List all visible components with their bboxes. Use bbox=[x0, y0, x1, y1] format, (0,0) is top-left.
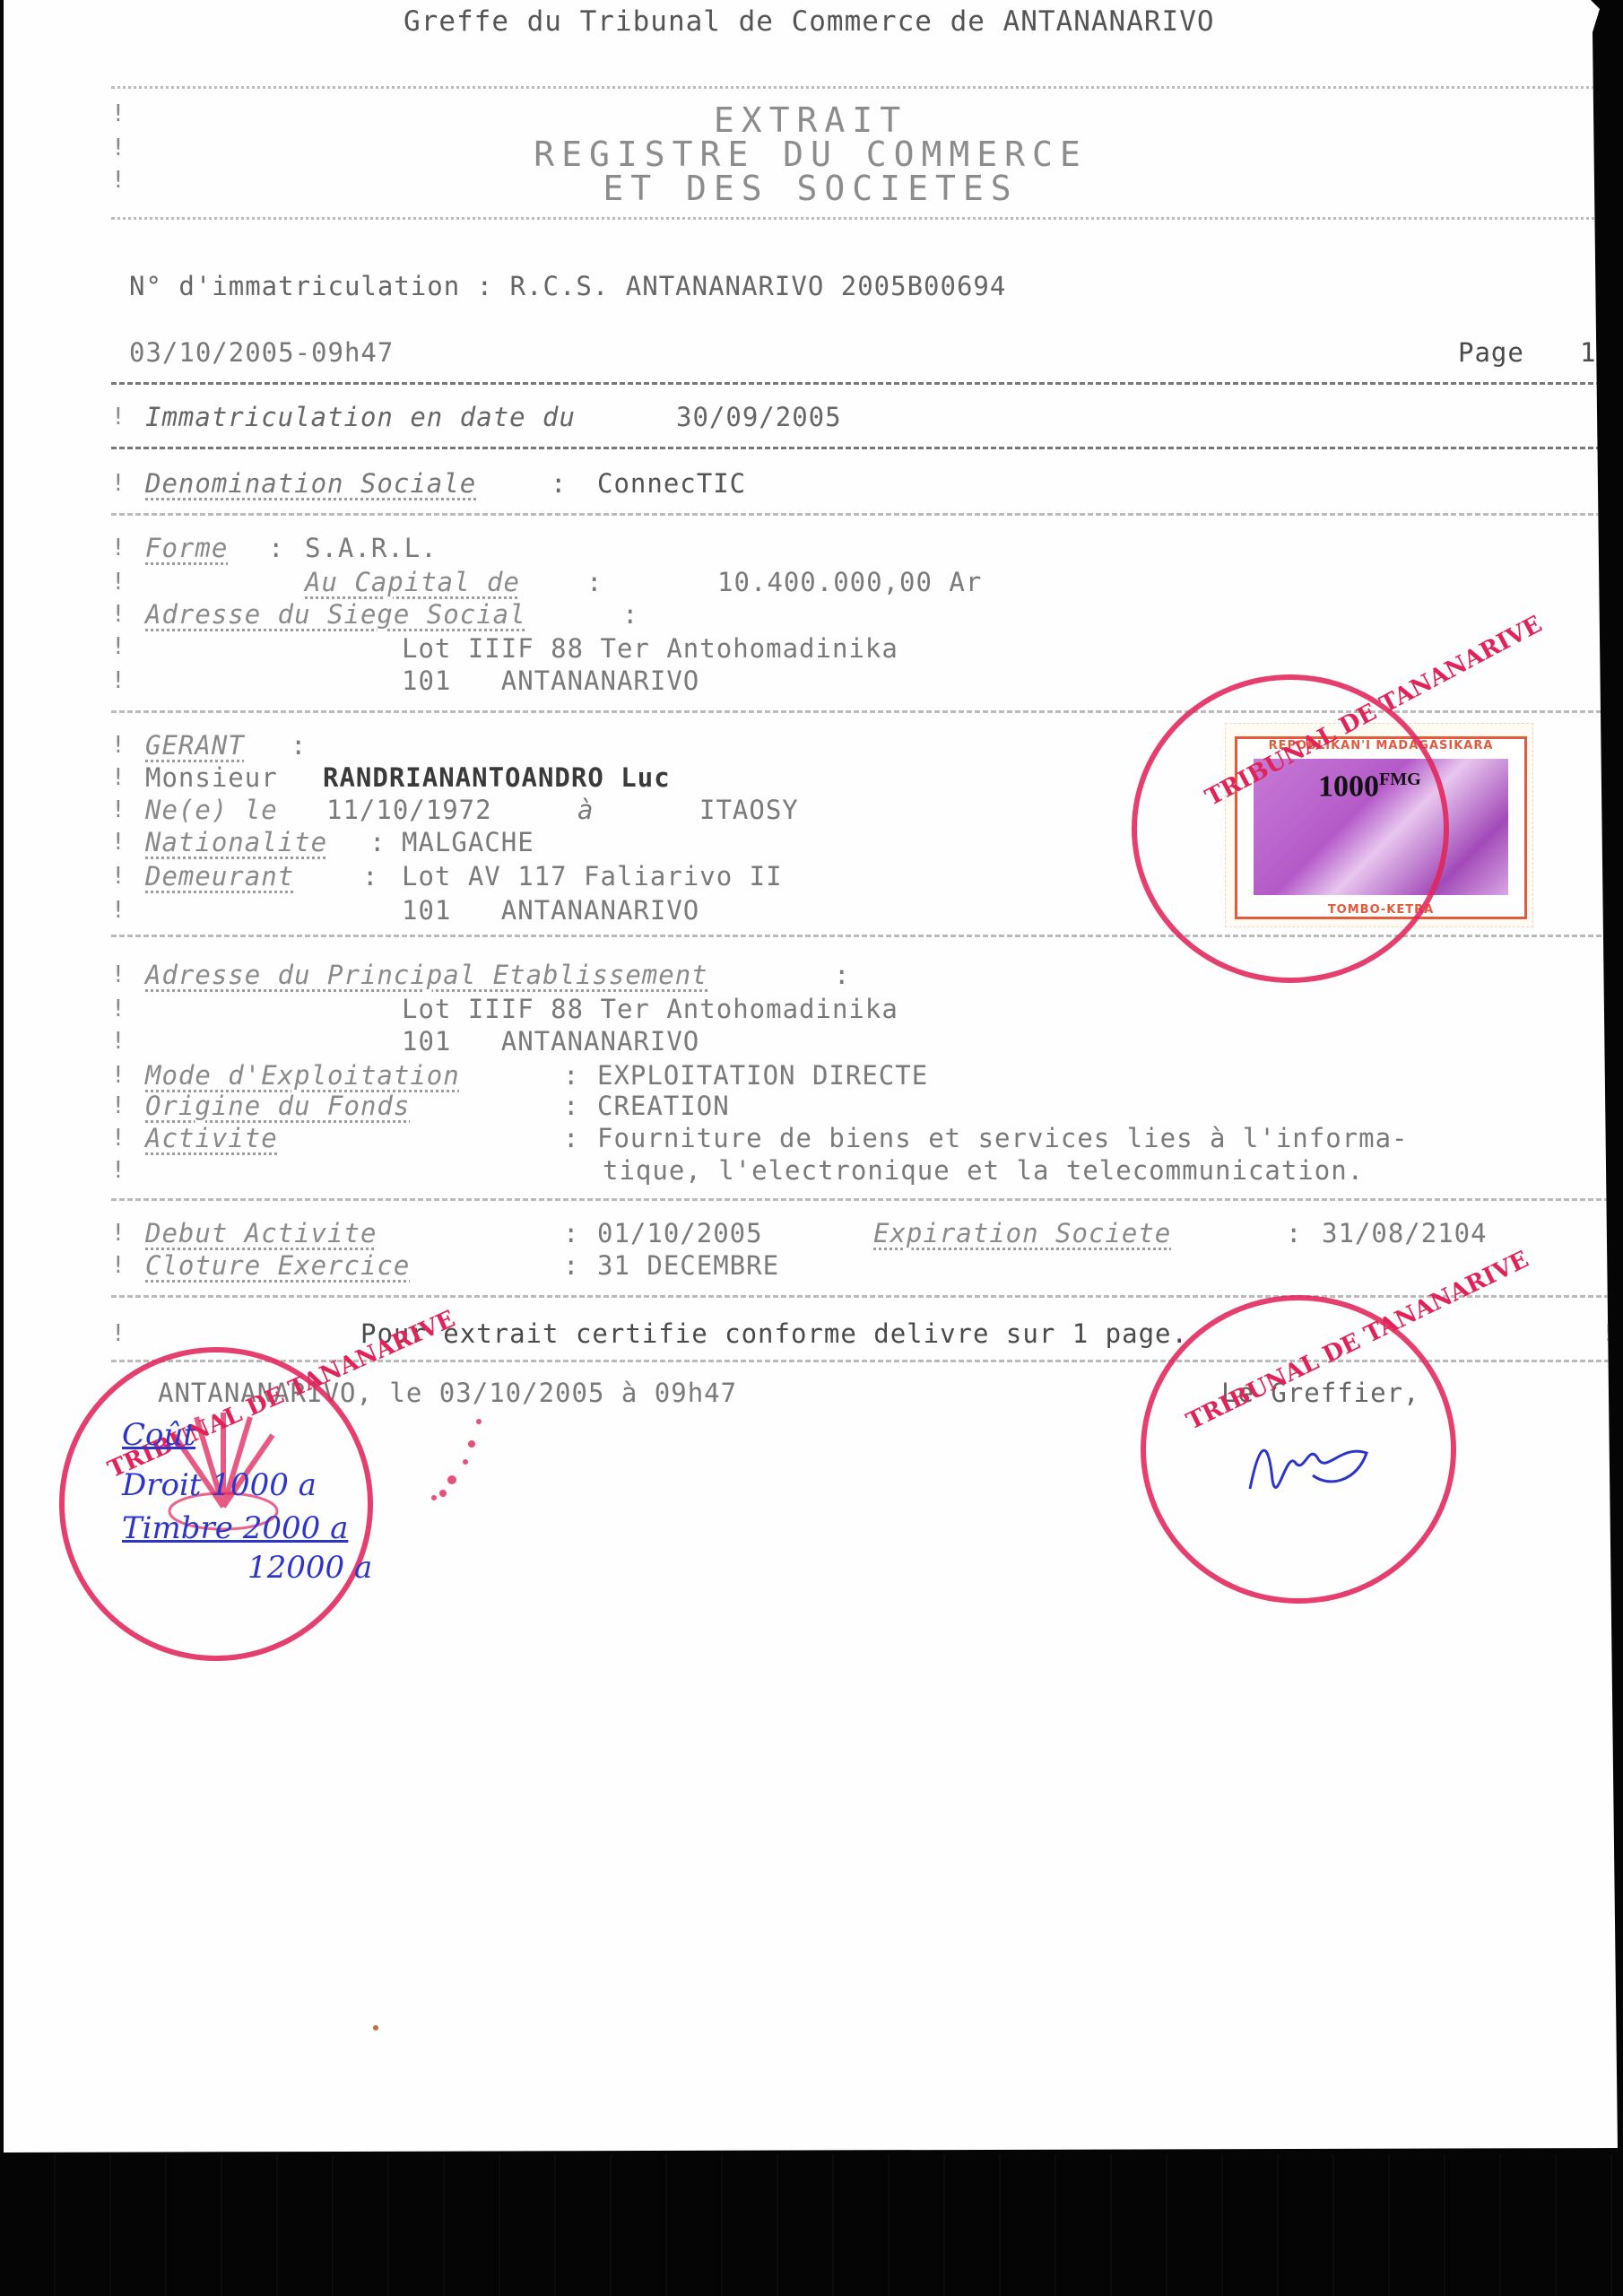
divider bbox=[111, 86, 1618, 89]
nationality: MALGACHE bbox=[402, 827, 534, 857]
doc-title-line-3: ET DES SOCIETES bbox=[4, 169, 1618, 208]
handwritten-cost-line-1: Droit 1000 a bbox=[122, 1467, 317, 1503]
capital-label: Au Capital de bbox=[305, 567, 520, 597]
divider bbox=[111, 513, 1618, 516]
divider bbox=[111, 447, 1618, 449]
registration-date: 30/09/2005 bbox=[676, 402, 842, 432]
activity-start-date: 01/10/2005 bbox=[597, 1218, 763, 1248]
scanner-background bbox=[0, 2154, 1623, 2296]
registered-office-line-1: Lot IIIF 88 Ter Antohomadinika bbox=[402, 633, 898, 664]
divider bbox=[111, 382, 1618, 385]
registrar-signature-icon bbox=[1241, 1426, 1376, 1516]
printed-timestamp: 03/10/2005-09h47 bbox=[129, 337, 394, 368]
border-bar: ! bbox=[1601, 404, 1616, 430]
certification-text: Pour extrait certifie conforme delivre s… bbox=[360, 1318, 1188, 1349]
fiscal-year-end-label: Cloture Exercice bbox=[145, 1250, 410, 1281]
company-expiry-date: 31/08/2104 bbox=[1322, 1218, 1488, 1248]
registered-office-label: Adresse du Siege Social bbox=[145, 599, 526, 630]
main-establishment-label: Adresse du Principal Etablissement bbox=[145, 960, 708, 990]
divider bbox=[111, 1295, 1618, 1298]
legal-form: S.A.R.L. bbox=[305, 533, 438, 563]
handwritten-cost-line-2: Timbre 2000 a bbox=[122, 1510, 348, 1546]
activity-line-1: Fourniture de biens et services lies à l… bbox=[597, 1123, 1409, 1153]
border-bar: ! bbox=[111, 404, 126, 430]
main-establishment-line-2: 101 ANTANANARIVO bbox=[402, 1026, 699, 1057]
registration-date-label: Immatriculation en date du bbox=[145, 402, 576, 432]
ink-splatter bbox=[416, 1408, 515, 1516]
court-seal-stamp bbox=[1132, 674, 1449, 983]
fiscal-year-end: 31 DECEMBRE bbox=[597, 1250, 779, 1281]
capital-amount: 10.400.000,00 Ar bbox=[717, 567, 982, 597]
divider bbox=[111, 217, 1618, 220]
document-page: Greffe du Tribunal de Commerce de ANTANA… bbox=[4, 0, 1618, 2152]
fund-origin-label: Origine du Fonds bbox=[145, 1091, 410, 1121]
page-label: Page bbox=[1458, 337, 1524, 368]
nationality-label: Nationalite bbox=[145, 827, 327, 857]
birth-date: 11/10/1972 bbox=[326, 795, 492, 825]
operation-mode-label: Mode d'Exploitation bbox=[145, 1060, 460, 1091]
border-bar: ! bbox=[111, 470, 126, 497]
divider bbox=[111, 1198, 1618, 1201]
manager-name: RANDRIANANTOANDRO Luc bbox=[323, 762, 671, 793]
operation-mode: EXPLOITATION DIRECTE bbox=[597, 1060, 928, 1091]
activity-start-label: Debut Activite bbox=[145, 1218, 377, 1248]
border-bar: ! bbox=[1601, 470, 1616, 497]
manager-label: GERANT bbox=[145, 730, 245, 761]
fund-origin: CREATION bbox=[597, 1091, 730, 1121]
handwritten-cost-total: 12000 a bbox=[247, 1550, 372, 1586]
birth-place-sep: à bbox=[577, 795, 594, 825]
court-header: Greffe du Tribunal de Commerce de ANTANA… bbox=[404, 5, 1215, 38]
birth-label: Ne(e) le bbox=[145, 795, 278, 825]
registered-office-line-2: 101 ANTANANARIVO bbox=[402, 665, 699, 696]
residence-line-2: 101 ANTANANARIVO bbox=[402, 895, 699, 926]
residence-line-1: Lot AV 117 Faliarivo II bbox=[402, 861, 783, 891]
handwritten-cost-title: Coût bbox=[122, 1417, 195, 1453]
manager-title: Monsieur bbox=[145, 762, 278, 793]
registration-number: N° d'immatriculation : R.C.S. ANTANANARI… bbox=[129, 271, 1006, 301]
legal-form-label: Forme bbox=[145, 533, 228, 563]
paper-speck bbox=[373, 2025, 378, 2031]
activity-label: Activite bbox=[145, 1123, 278, 1153]
residence-label: Demeurant bbox=[145, 861, 294, 891]
activity-line-2: tique, l'electronique et la telecommunic… bbox=[603, 1155, 1364, 1186]
company-expiry-label: Expiration Societe bbox=[873, 1218, 1171, 1248]
main-establishment-line-1: Lot IIIF 88 Ter Antohomadinika bbox=[402, 994, 898, 1024]
birth-place: ITAOSY bbox=[699, 795, 799, 825]
company-name: ConnecTIC bbox=[597, 468, 746, 499]
company-name-label: Denomination Sociale bbox=[145, 468, 476, 499]
page-number: 1 bbox=[1580, 337, 1596, 368]
